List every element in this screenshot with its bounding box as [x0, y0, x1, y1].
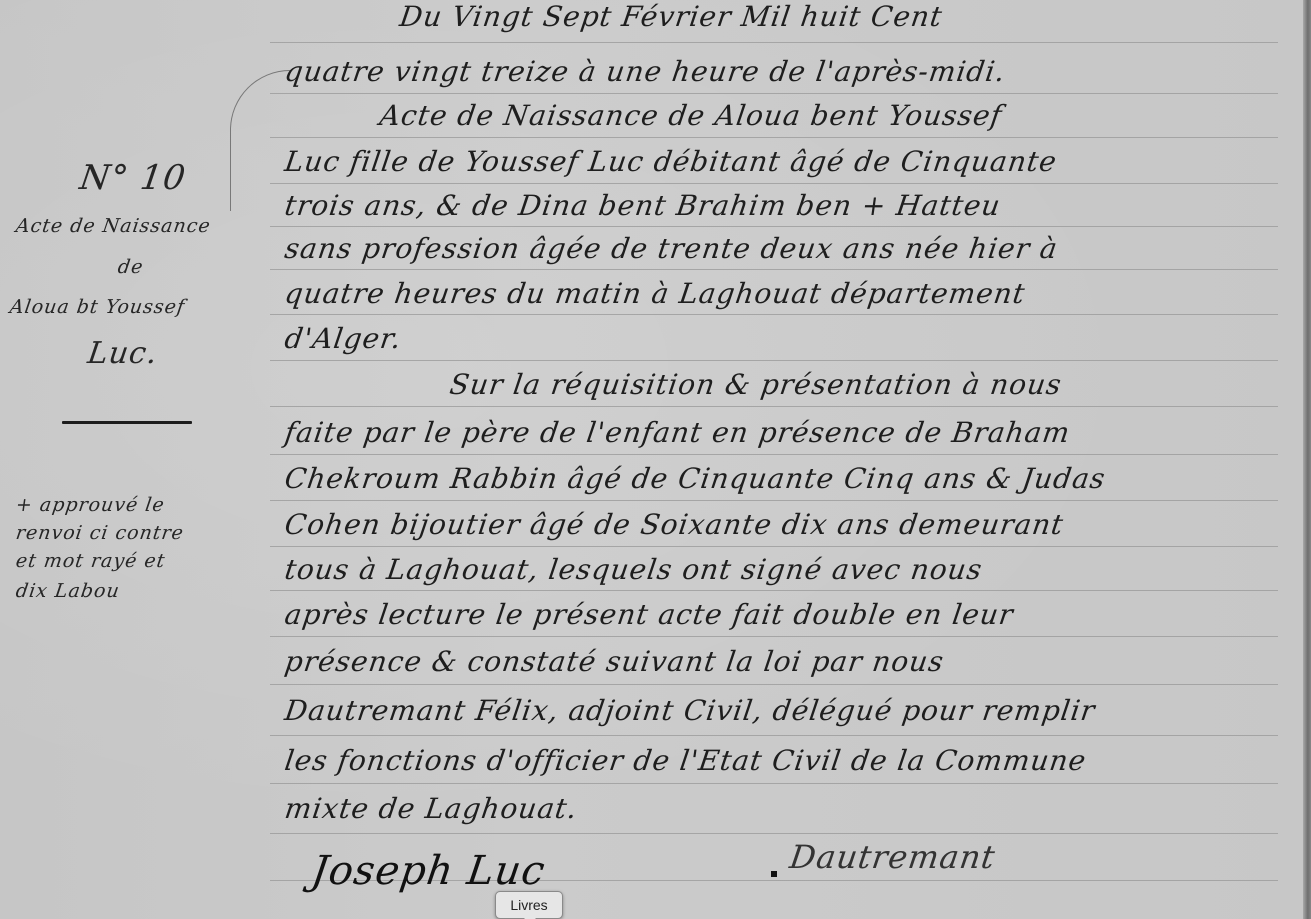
text-line-1: Du Vingt Sept Février Mil huit Cent — [398, 0, 945, 33]
margin-title-line-1: Acte de Naissance — [14, 215, 212, 237]
scanned-register-page: Du Vingt Sept Février Mil huit Cent quat… — [0, 0, 1311, 919]
margin-flourish — [230, 70, 291, 211]
margin-divider — [62, 421, 192, 424]
ruled-line — [270, 406, 1278, 407]
text-line-17: les fonctions d'officier de l'Etat Civil… — [283, 744, 1089, 777]
ruled-line — [270, 93, 1278, 94]
margin-note-line-2: renvoi ci contre — [14, 522, 185, 544]
ruled-line — [270, 833, 1278, 834]
tooltip-label: Livres — [510, 897, 547, 913]
margin-title-line-2: de — [116, 256, 145, 278]
margin-note-line-4: dix Labou — [14, 580, 121, 602]
ruled-line — [270, 500, 1278, 501]
text-line-16: Dautremant Félix, adjoint Civil, délégué… — [283, 694, 1098, 727]
text-line-13: tous à Laghouat, lesquels ont signé avec… — [283, 553, 985, 586]
signature-dautremant: Dautremant — [787, 838, 998, 876]
text-line-2: quatre vingt treize à une heure de l'apr… — [283, 55, 1008, 88]
ruled-line — [270, 226, 1278, 227]
text-line-9: Sur la réquisition & présentation à nous — [448, 368, 1064, 401]
ruled-line — [270, 360, 1278, 361]
text-line-10: faite par le père de l'enfant en présenc… — [283, 416, 1073, 449]
signature-dot — [771, 871, 777, 877]
text-line-15: présence & constaté suivant la loi par n… — [283, 645, 947, 678]
text-line-12: Cohen bijoutier âgé de Soixante dix ans … — [283, 508, 1066, 541]
text-line-11: Chekroum Rabbin âgé de Cinquante Cinq an… — [283, 462, 1108, 495]
page-binding-edge — [1303, 0, 1311, 919]
text-line-5: trois ans, & de Dina bent Brahim ben + H… — [283, 189, 1003, 222]
text-line-14: après lecture le présent acte fait doubl… — [283, 598, 1016, 631]
act-number: N° 10 — [77, 158, 188, 198]
ruled-line — [270, 636, 1278, 637]
text-line-7: quatre heures du matin à Laghouat départ… — [283, 277, 1028, 310]
text-line-4: Luc fille de Youssef Luc débitant âgé de… — [283, 145, 1060, 178]
ruled-line — [270, 684, 1278, 685]
text-line-8: d'Alger. — [283, 322, 404, 355]
ruled-line — [270, 783, 1278, 784]
ruled-line — [270, 546, 1278, 547]
text-line-5-content: trois ans, & de Dina bent Brahim ben + H… — [283, 189, 1003, 222]
ruled-line — [270, 42, 1278, 43]
ruled-line — [270, 269, 1278, 270]
text-line-6: sans profession âgée de trente deux ans … — [283, 232, 1060, 265]
ruled-line — [270, 314, 1278, 315]
ruled-line — [270, 137, 1278, 138]
text-line-3: Acte de Naissance de Aloua bent Youssef — [378, 99, 1005, 132]
livres-tooltip: Livres — [495, 891, 563, 919]
ruled-line — [270, 735, 1278, 736]
ruled-line — [270, 454, 1278, 455]
margin-title-line-3: Aloua bt Youssef — [8, 296, 186, 318]
margin-note-line-1: + approuvé le — [14, 494, 166, 516]
ruled-line — [270, 590, 1278, 591]
ruled-line — [270, 183, 1278, 184]
text-line-18: mixte de Laghouat. — [283, 792, 580, 825]
margin-note-line-3: et mot rayé et — [14, 550, 166, 572]
signature-joseph-luc: Joseph Luc — [309, 848, 549, 894]
margin-title-line-4: Luc. — [86, 336, 161, 371]
